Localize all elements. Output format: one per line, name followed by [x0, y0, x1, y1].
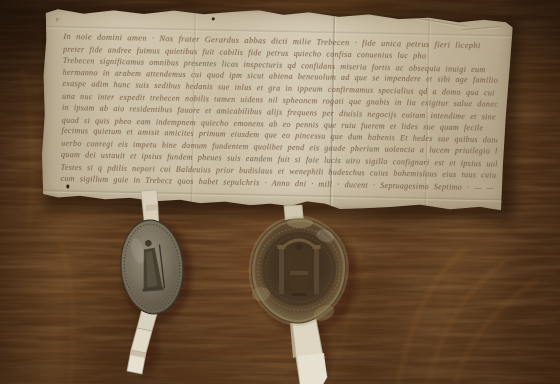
- photo-scene: s· In noie domini amen · Nos frater Gera…: [0, 0, 560, 384]
- right-seal-assembly: [252, 205, 346, 384]
- pendant-seals: [0, 0, 560, 384]
- right-seal-rim-chip-top: [287, 218, 313, 228]
- right-seal-rim-chip-left: [252, 287, 270, 301]
- left-tag-fold: [146, 204, 158, 211]
- right-seal: [252, 218, 346, 324]
